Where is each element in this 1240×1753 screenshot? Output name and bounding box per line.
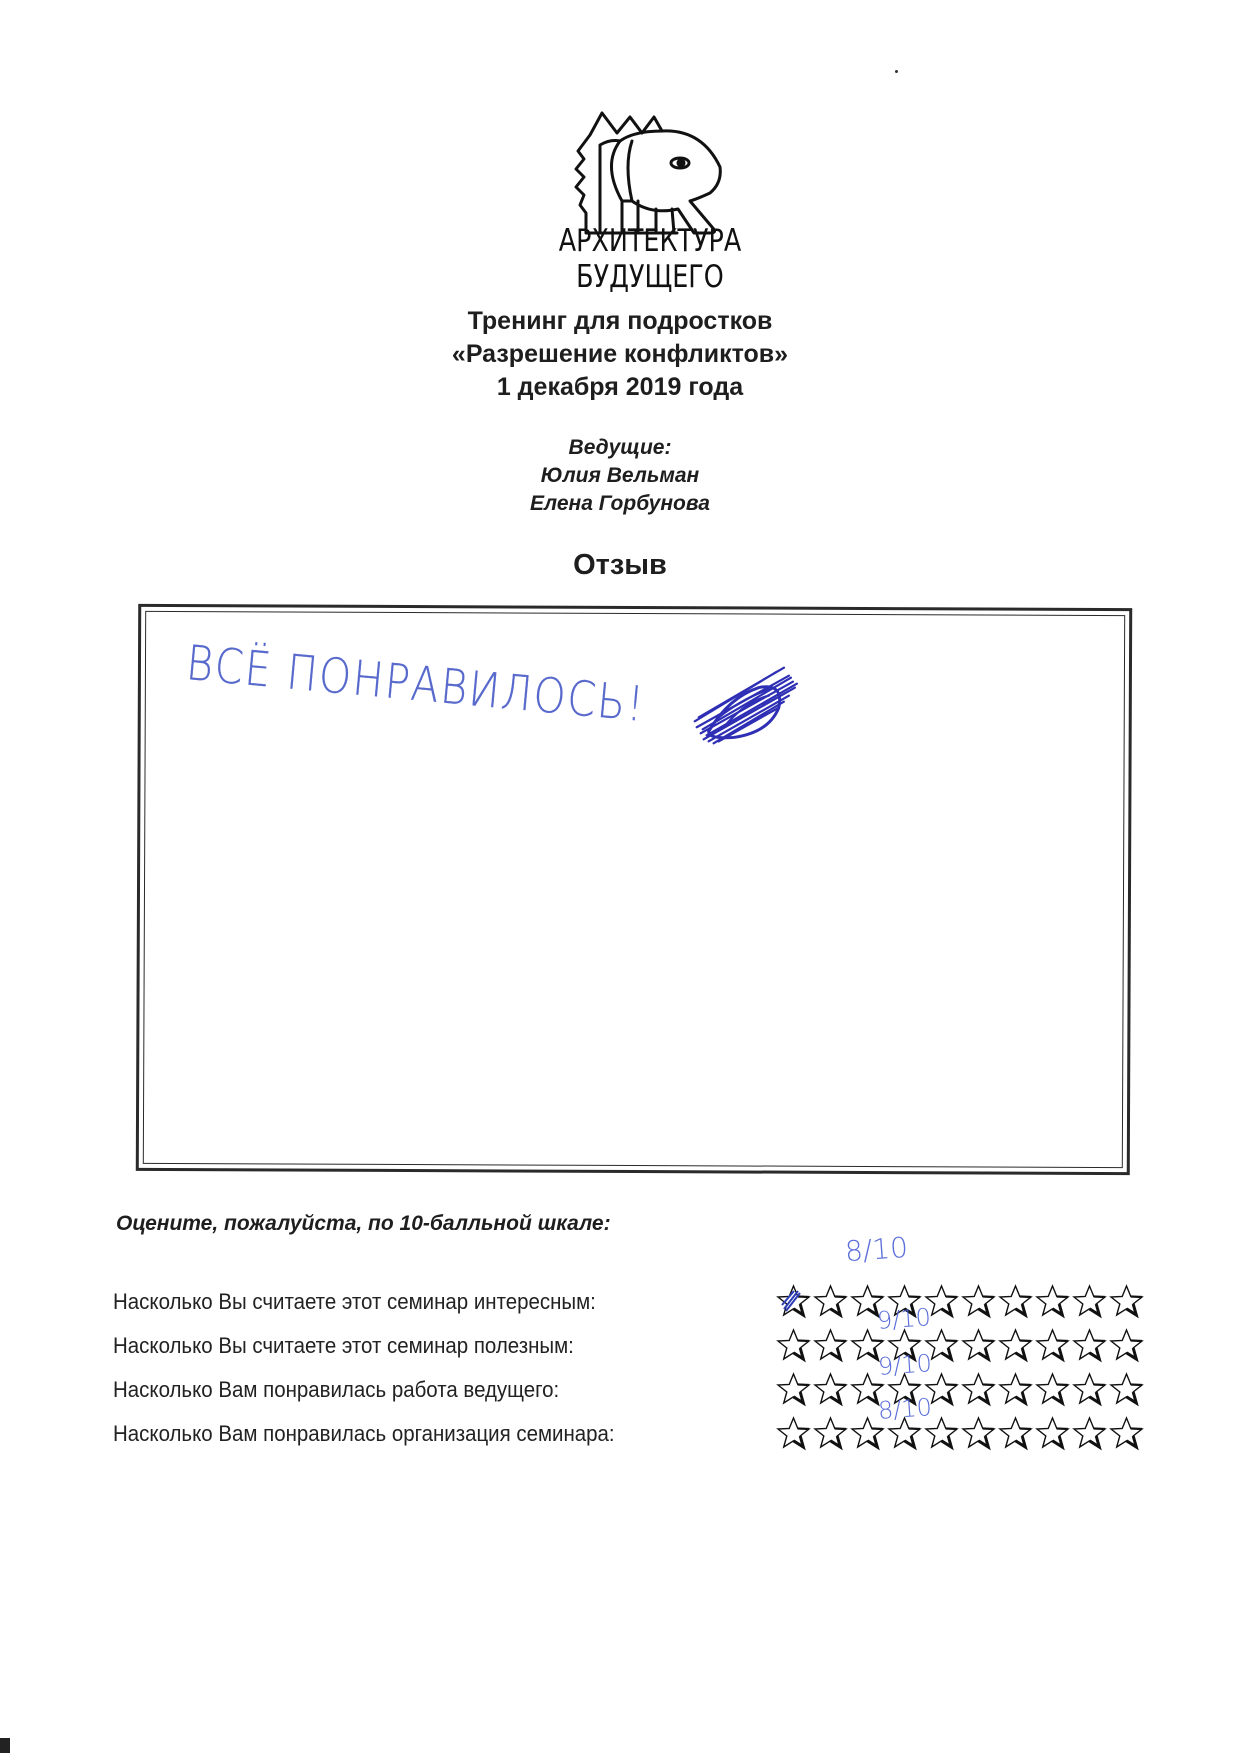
star-outline-icon[interactable] xyxy=(998,1371,1033,1407)
star-outline-icon[interactable] xyxy=(1035,1327,1070,1363)
title-line: Тренинг для подростков xyxy=(0,305,1240,338)
feedback-frame: ВСЁ ПОНРАВИЛОСЬ! xyxy=(136,604,1132,1175)
host-name: Елена Горбунова xyxy=(0,490,1240,518)
star-outline-icon[interactable] xyxy=(813,1371,848,1407)
scan-artifact xyxy=(0,1738,10,1753)
star-outline-icon[interactable] xyxy=(776,1415,811,1451)
star-rating[interactable] xyxy=(776,1327,1144,1363)
star-outline-icon[interactable] xyxy=(998,1283,1033,1319)
scan-speck xyxy=(895,70,898,73)
handwritten-score: 9/10 xyxy=(877,1349,933,1381)
handwritten-score: 9/10 xyxy=(876,1303,932,1335)
star-outline-icon[interactable] xyxy=(776,1371,811,1407)
star-outline-icon[interactable] xyxy=(813,1415,848,1451)
rating-heading: Оцените, пожалуйста, по 10-балльной шкал… xyxy=(116,1212,611,1236)
star-outline-icon[interactable] xyxy=(1035,1283,1070,1319)
title-line: «Разрешение конфликтов» xyxy=(0,338,1240,371)
star-outline-icon[interactable] xyxy=(1072,1283,1107,1319)
star-outline-icon[interactable] xyxy=(813,1327,848,1363)
star-rating[interactable] xyxy=(776,1283,1144,1319)
logo: АРХИТЕКТУРА БУДУЩЕГО xyxy=(470,95,830,275)
star-outline-icon[interactable] xyxy=(1035,1415,1070,1451)
hosts-section: Ведущие: Юлия Вельман Елена Горбунова xyxy=(0,434,1240,518)
hosts-label: Ведущие: xyxy=(0,434,1240,462)
star-rating[interactable] xyxy=(776,1371,1144,1407)
rating-row: Насколько Вы считаете этот семинар полез… xyxy=(113,1327,1143,1367)
rating-question: Насколько Вы считаете этот семинар интер… xyxy=(113,1289,596,1315)
rating-question: Насколько Вы считаете этот семинар полез… xyxy=(113,1333,574,1359)
star-outline-icon[interactable] xyxy=(1035,1371,1070,1407)
logo-text: АРХИТЕКТУРА БУДУЩЕГО xyxy=(502,223,797,295)
handwritten-score: 8/10 xyxy=(877,1393,933,1425)
star-outline-icon[interactable] xyxy=(998,1327,1033,1363)
host-name: Юлия Вельман xyxy=(0,462,1240,490)
feedback-heading: Отзыв xyxy=(0,549,1240,582)
star-outline-icon[interactable] xyxy=(1109,1327,1144,1363)
rating-row: Насколько Вы считаете этот семинар интер… xyxy=(113,1283,1143,1323)
star-outline-icon[interactable] xyxy=(1072,1415,1107,1451)
star-outline-icon[interactable] xyxy=(1072,1371,1107,1407)
elephant-logo-icon xyxy=(562,105,732,235)
handwritten-score: 8/10 xyxy=(844,1231,909,1268)
star-outline-icon[interactable] xyxy=(961,1371,996,1407)
title-date: 1 декабря 2019 года xyxy=(0,371,1240,404)
ink-scribble xyxy=(689,657,809,748)
star-outline-icon[interactable] xyxy=(998,1415,1033,1451)
star-outline-icon[interactable] xyxy=(961,1415,996,1451)
rating-question: Насколько Вам понравилась работа ведущег… xyxy=(113,1377,559,1403)
star-outline-icon[interactable] xyxy=(1072,1327,1107,1363)
handwritten-feedback: ВСЁ ПОНРАВИЛОСЬ! xyxy=(184,635,647,733)
star-outline-icon[interactable] xyxy=(813,1283,848,1319)
star-outline-icon[interactable] xyxy=(1109,1415,1144,1451)
rating-row: Насколько Вам понравилась организация се… xyxy=(113,1415,1143,1455)
rating-row: Насколько Вам понравилась работа ведущег… xyxy=(113,1371,1143,1411)
star-rating[interactable] xyxy=(776,1415,1144,1451)
star-outline-icon[interactable] xyxy=(1109,1371,1144,1407)
star-outline-icon[interactable] xyxy=(776,1327,811,1363)
training-title: Тренинг для подростков «Разрешение конфл… xyxy=(0,305,1240,404)
star-outline-icon[interactable] xyxy=(1109,1283,1144,1319)
star-outline-icon[interactable] xyxy=(776,1283,811,1319)
star-outline-icon[interactable] xyxy=(961,1283,996,1319)
rating-question: Насколько Вам понравилась организация се… xyxy=(113,1421,615,1447)
feedback-textarea[interactable]: ВСЁ ПОНРАВИЛОСЬ! xyxy=(147,615,1121,1164)
star-outline-icon[interactable] xyxy=(961,1327,996,1363)
